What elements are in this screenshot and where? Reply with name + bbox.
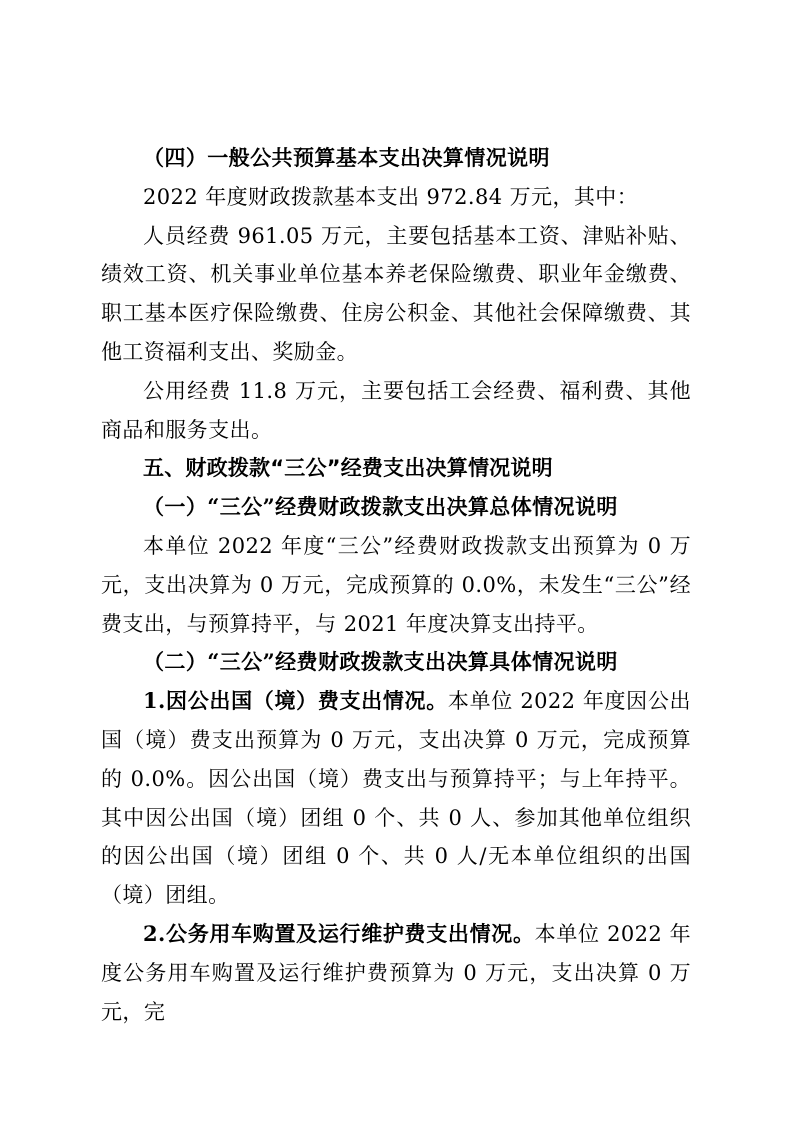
heading-subsection-2-specific: （二）“三公”经费财政拨款支出决算具体情况说明	[101, 643, 691, 682]
paragraph-total-basic-expenditure: 2022 年度财政拨款基本支出 972.84 万元，其中：	[101, 178, 691, 217]
paragraph-public-expenses: 公用经费 11.8 万元，主要包括工会经费、福利费、其他商品和服务支出。	[101, 372, 691, 450]
paragraph-overseas-travel-body: 本单位 2022 年度因公出国（境）费支出预算为 0 万元，支出决算 0 万元，…	[101, 689, 691, 907]
paragraph-official-vehicles-lead: 2.公务用车购置及运行维护费支出情况。	[143, 921, 535, 946]
document-content: （四）一般公共预算基本支出决算情况说明 2022 年度财政拨款基本支出 972.…	[101, 139, 691, 1031]
heading-subsection-1-overall: （一）“三公”经费财政拨款支出决算总体情况说明	[101, 488, 691, 527]
paragraph-overseas-travel: 1.因公出国（境）费支出情况。本单位 2022 年度因公出国（境）费支出预算为 …	[101, 682, 691, 915]
paragraph-overseas-travel-lead: 1.因公出国（境）费支出情况。	[143, 688, 448, 713]
heading-section-5-three-public-funds: 五、财政拨款“三公”经费支出决算情况说明	[101, 449, 691, 488]
document-page: （四）一般公共预算基本支出决算情况说明 2022 年度财政拨款基本支出 972.…	[0, 0, 793, 1122]
paragraph-personnel-expenses: 人员经费 961.05 万元，主要包括基本工资、津贴补贴、绩效工资、机关事业单位…	[101, 217, 691, 372]
heading-section-4-basic-expenditure: （四）一般公共预算基本支出决算情况说明	[101, 139, 691, 178]
paragraph-official-vehicles: 2.公务用车购置及运行维护费支出情况。本单位 2022 年度公务用车购置及运行维…	[101, 915, 691, 1031]
paragraph-three-public-overall: 本单位 2022 年度“三公”经费财政拨款支出预算为 0 万元，支出决算为 0 …	[101, 527, 691, 643]
